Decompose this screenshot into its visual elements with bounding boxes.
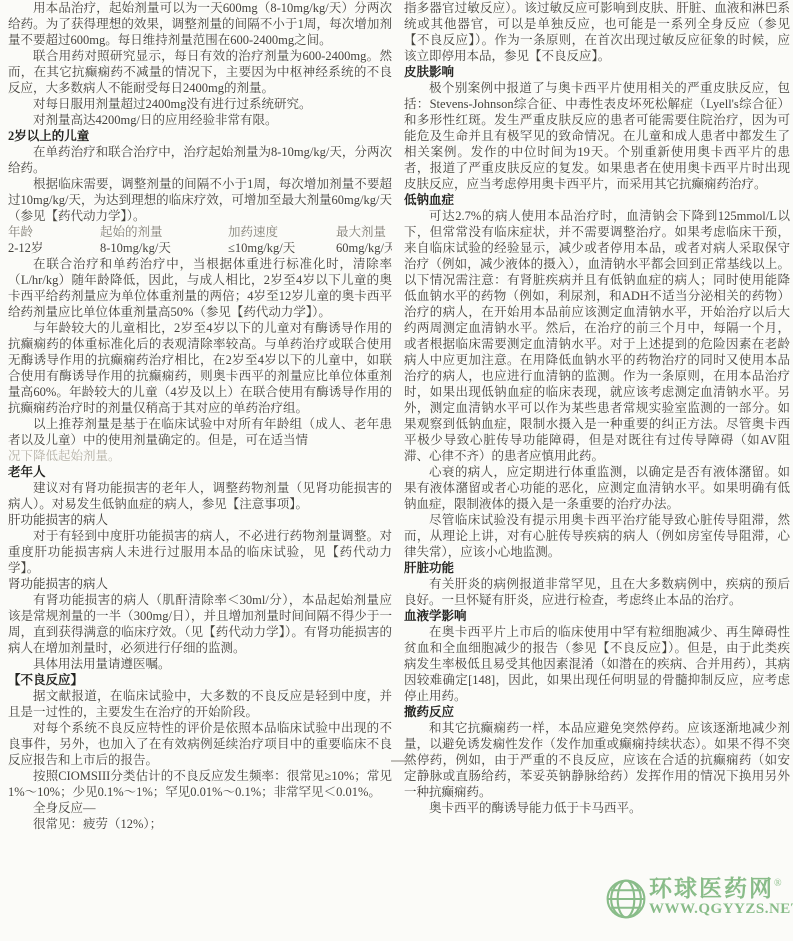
section-heading: 【不良反应】 [8, 672, 392, 688]
paragraph: 建议对有肾功能损害的老年人，调整药物剂量（见肾功能损害的病人）。对易发生低钠血症… [8, 480, 392, 512]
dose-table-row: 2-12岁8-10mg/kg/天≤10mg/kg/天60mg/kg/天 [8, 240, 392, 256]
right-column: 指多器官过敏反应）。该过敏反应可影响到皮肤、肝脏、血液和淋巴系统或其他器官，可以… [404, 0, 790, 941]
paragraph: 联合用药对照研究显示，每日有效的治疗剂量为600-2400mg。然而，在其它抗癫… [8, 48, 392, 96]
paragraph: 对每日服用剂量超过2400mg没有进行过系统研究。 [8, 96, 392, 112]
paragraph: 极个别案例中报道了与奥卡西平片使用相关的严重皮肤反应，包括：Stevens-Jo… [404, 80, 790, 192]
paragraph: 具体用法用量请遵医嘱。 [8, 656, 392, 672]
drug-insert-page: 用本品治疗，起始剂量可以为一天600mg（8-10mg/kg/天）分两次给药。为… [0, 0, 793, 941]
paragraph: 对剂量高达4200mg/日的应用经验非常有限。 [8, 112, 392, 128]
paragraph: 可达2.7%的病人使用本品治疗时，血清钠会下降到125mmol/L以下，但常常没… [404, 208, 790, 464]
dose-table-cell: 60mg/kg/天 [336, 240, 392, 256]
paragraph: 按照CIOMSIII分类估计的不良反应发生频率：很常见≥10%；常见1%～10%… [8, 768, 392, 800]
paragraph: 在奥卡西平片上市后的临床使用中罕有粒细胞减少、再生障碍性贫血和全血细胞减少的报告… [404, 624, 790, 704]
paragraph: 全身反应— [8, 800, 392, 816]
dose-table-cell: 最大剂量 [336, 224, 392, 240]
sub-heading: 肝功能损害的病人 [8, 512, 392, 528]
paragraph: 有关肝炎的病例报道非常罕见，且在大多数病例中，疾病的预后良好。一旦怀疑有肝炎，应… [404, 576, 790, 608]
dose-table-cell: 加药速度 [228, 224, 336, 240]
dose-table-header-row: 年龄起始的剂量加药速度最大剂量 [8, 224, 392, 240]
scan-artifact-dash [391, 760, 412, 762]
dose-table-cell: 2-12岁 [8, 240, 100, 256]
paragraph: 对每个系统不良反应特性的评价是依照本品临床试验中出现的不良事件，另外，也加入了在… [8, 720, 392, 768]
paragraph: 在单药治疗和联合治疗中，治疗起始剂量为8-10mg/kg/天，分两次给药。 [8, 144, 392, 176]
left-column: 用本品治疗，起始剂量可以为一天600mg（8-10mg/kg/天）分两次给药。为… [8, 0, 392, 941]
paragraph: 很常见：疲劳（12%）； [8, 816, 392, 832]
section-heading: 血液学影响 [404, 608, 790, 624]
paragraph: 在联合治疗和单药治疗中，当根据体重进行标准化时，清除率（L/hr/kg）随年龄降… [8, 256, 392, 320]
section-heading: 撤药反应 [404, 704, 790, 720]
section-heading: 老年人 [8, 464, 392, 480]
section-heading: 低钠血症 [404, 192, 790, 208]
paragraph: 据文献报道，在临床试验中，大多数的不良反应是轻到中度，并且是一过性的，主要发生在… [8, 688, 392, 720]
paragraph: 和其它抗癫痫药一样，本品应避免突然停药。应该逐渐地减少剂量，以避免诱发痫性发作（… [404, 720, 790, 800]
section-heading: 皮肤影响 [404, 64, 790, 80]
dose-table-cell: 起始的剂量 [100, 224, 228, 240]
paragraph: 用本品治疗，起始剂量可以为一天600mg（8-10mg/kg/天）分两次给药。为… [8, 0, 392, 48]
dose-table-cell: 年龄 [8, 224, 100, 240]
paragraph: 以上推荐剂量是基于在临床试验中对所有年龄组（成人、老年患者以及儿童）中的使用剂量… [8, 416, 392, 448]
paragraph: 心衰的病人，应定期进行体重监测，以确定是否有液体潴留。如果有液体潴留或者心功能的… [404, 464, 790, 512]
paragraph: 有肾功能损害的病人（肌酐清除率＜30ml/分），本品起始剂量应该是常规剂量的一半… [8, 592, 392, 656]
paragraph: 尽管临床试验没有提示用奥卡西平治疗能导致心脏传导阻滞，然而，从理论上讲，对有心脏… [404, 512, 790, 560]
paragraph: 对于有轻到中度肝功能损害的病人，不必进行药物剂量调整。对重度肝功能损害病人未进行… [8, 528, 392, 576]
dose-table: 年龄起始的剂量加药速度最大剂量2-12岁8-10mg/kg/天≤10mg/kg/… [8, 224, 392, 256]
section-heading: 肝脏功能 [404, 560, 790, 576]
section-heading: 2岁以上的儿童 [8, 128, 392, 144]
paragraph: 指多器官过敏反应）。该过敏反应可影响到皮肤、肝脏、血液和淋巴系统或其他器官，可以… [404, 0, 790, 64]
paragraph: 与年龄较大的儿童相比，2岁至4岁以下的儿童对有酶诱导作用的抗癫痫药的体重标准化后… [8, 320, 392, 416]
paragraph: 况下降低起始剂量。 [8, 448, 392, 464]
sub-heading: 肾功能损害的病人 [8, 576, 392, 592]
dose-table-cell: ≤10mg/kg/天 [228, 240, 336, 256]
paragraph: 奥卡西平的酶诱导能力低于卡马西平。 [404, 800, 790, 816]
paragraph: 根据临床需要，调整剂量的间隔不小于1周，每次增加剂量不要超过10mg/kg/天，… [8, 176, 392, 224]
dose-table-cell: 8-10mg/kg/天 [100, 240, 228, 256]
